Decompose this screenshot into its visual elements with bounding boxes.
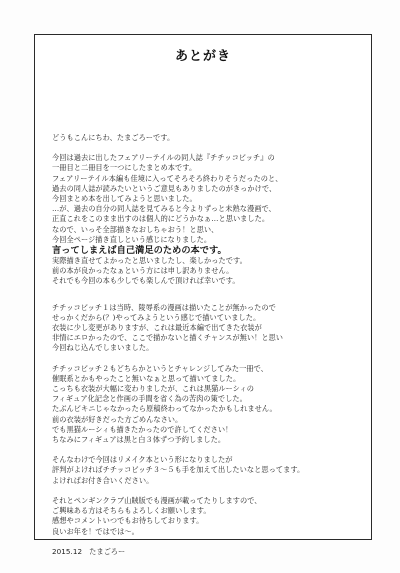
text-line: 今回ねじ込んでしまいました。 xyxy=(52,343,367,353)
emphasis-line: 言ってしまえば自己満足のための本です。 xyxy=(52,245,367,256)
text-line: 今回全ページ描き直しという感じになりました。 xyxy=(52,235,367,245)
paragraph-greeting: どうもこんにちわ、たまごろーです。 xyxy=(52,133,367,143)
text-line: なので、いっそ全部描きなおしちゃおう！と思い、 xyxy=(52,225,367,235)
text-line: 今回は過去に出したフェアリーテイルの同人誌『チチッコビッチ』の xyxy=(52,153,367,163)
text-line: せっかくだから(？)やってみようという感じで描いていました。 xyxy=(52,313,367,323)
text-line: 正直これをこのまま出すのは個人的にどうかなぁ…と思いました。 xyxy=(52,214,367,224)
text-line: よければお付き合いください。 xyxy=(52,476,367,486)
paragraph-book2: チチッコビッチ２もどちらかというとチャレンジしてみた一冊で、 催眠系とかもやった… xyxy=(52,364,367,446)
paragraph-thanks: 実際描き直せてよかったと思いましたし、楽しかったです。 前の本が良かったなぁとい… xyxy=(52,256,367,287)
text-line: それでも今回の本も少しでも楽しんで頂ければ幸いです。 xyxy=(52,276,367,286)
text-line: チチッコビッチ２もどちらかというとチャレンジしてみた一冊で、 xyxy=(52,364,367,374)
signature: 2015.12 たまごろー xyxy=(52,547,367,557)
text-line: 前の衣装が好きだった方ごめんなさい。 xyxy=(52,415,367,425)
text-line: ご興味ある方はそちらもよろしくお願いします。 xyxy=(52,506,367,516)
text-line: でも黒猫ルーシィも描きたかったので許してください！ xyxy=(52,425,367,435)
text-line: 過去の同人誌が読みたいというご意見もありましたのがきっかけで、 xyxy=(52,184,367,194)
text-line: フィギュア化記念と作画の手間を省く為の苦肉の策でした。 xyxy=(52,394,367,404)
text-line: フェアリーテイル本編も佳境に入ってそろそろ終わりそうだったのと、 xyxy=(52,174,367,184)
paragraph-intro: 今回は過去に出したフェアリーテイルの同人誌『チチッコビッチ』の 一冊目と二冊目を… xyxy=(52,153,367,245)
text-line: 一冊目と二冊目を一つにしたまとめ本です。 xyxy=(52,163,367,173)
text-line: 衣装に少し変更がありますが、これは最近本編で出てきた衣装が xyxy=(52,323,367,333)
text-line: そんなわけで今回はリメイク本という形になりましたが xyxy=(52,455,367,465)
paragraph-closing: それとペンギンクラブ山賊版でも漫画が載ってたりしますので、 ご興味ある方はそちら… xyxy=(52,496,367,537)
text-line: こっちも衣装が大幅に変わりましたが、これは黒猫ルーシィの xyxy=(52,384,367,394)
text-line: 評判がよければチチッコビッチ３～５も手を加えて出したいなと思ってます。 xyxy=(52,465,367,475)
text-line: …が、過去の自分の同人誌を見てみると今よりずっと未熟な漫画で、 xyxy=(52,204,367,214)
text-line: ちなみにフィギュアは黒と白３体ずつ予約しました。 xyxy=(52,435,367,445)
text-line: 感想やコメントいつでもお待ちしております。 xyxy=(52,516,367,526)
text-line: 今回まとめ本を出してみようと思いました。 xyxy=(52,194,367,204)
text-line: チチッコビッチ１は当時、陵辱系の漫画は描いたことが無かったので xyxy=(52,303,367,313)
afterword-frame: あとがき どうもこんにちわ、たまごろーです。 今回は過去に出したフェアリーテイル… xyxy=(34,34,372,540)
text-line: それとペンギンクラブ山賊版でも漫画が載ってたりしますので、 xyxy=(52,496,367,506)
text-line: 実際描き直せてよかったと思いましたし、楽しかったです。 xyxy=(52,256,367,266)
text-line: どうもこんにちわ、たまごろーです。 xyxy=(52,133,367,143)
paragraph-book1: チチッコビッチ１は当時、陵辱系の漫画は描いたことが無かったので せっかくだから(… xyxy=(52,303,367,354)
paragraph-remake: そんなわけで今回はリメイク本という形になりましたが 評判がよければチチッコビッチ… xyxy=(52,455,367,486)
text-line: 前の本が良かったなぁという方には申し訳ありません。 xyxy=(52,266,367,276)
afterword-body: どうもこんにちわ、たまごろーです。 今回は過去に出したフェアリーテイルの同人誌『… xyxy=(52,133,367,557)
signature-date: 2015.12 xyxy=(52,547,82,556)
signature-author: たまごろー xyxy=(89,547,125,556)
text-line: 非情にエロかったので、ここで描かないと描くチャンスが無い！と思い xyxy=(52,333,367,343)
text-line: 良いお年を！ではでは～。 xyxy=(52,527,367,537)
text-line: 催眠系とかもやったこと無いなぁと思って描いてました。 xyxy=(52,374,367,384)
page-title: あとがき xyxy=(35,45,371,64)
text-line: たぶんビキニじゃなかったら原稿終わってなかったかもしれません。 xyxy=(52,404,367,414)
